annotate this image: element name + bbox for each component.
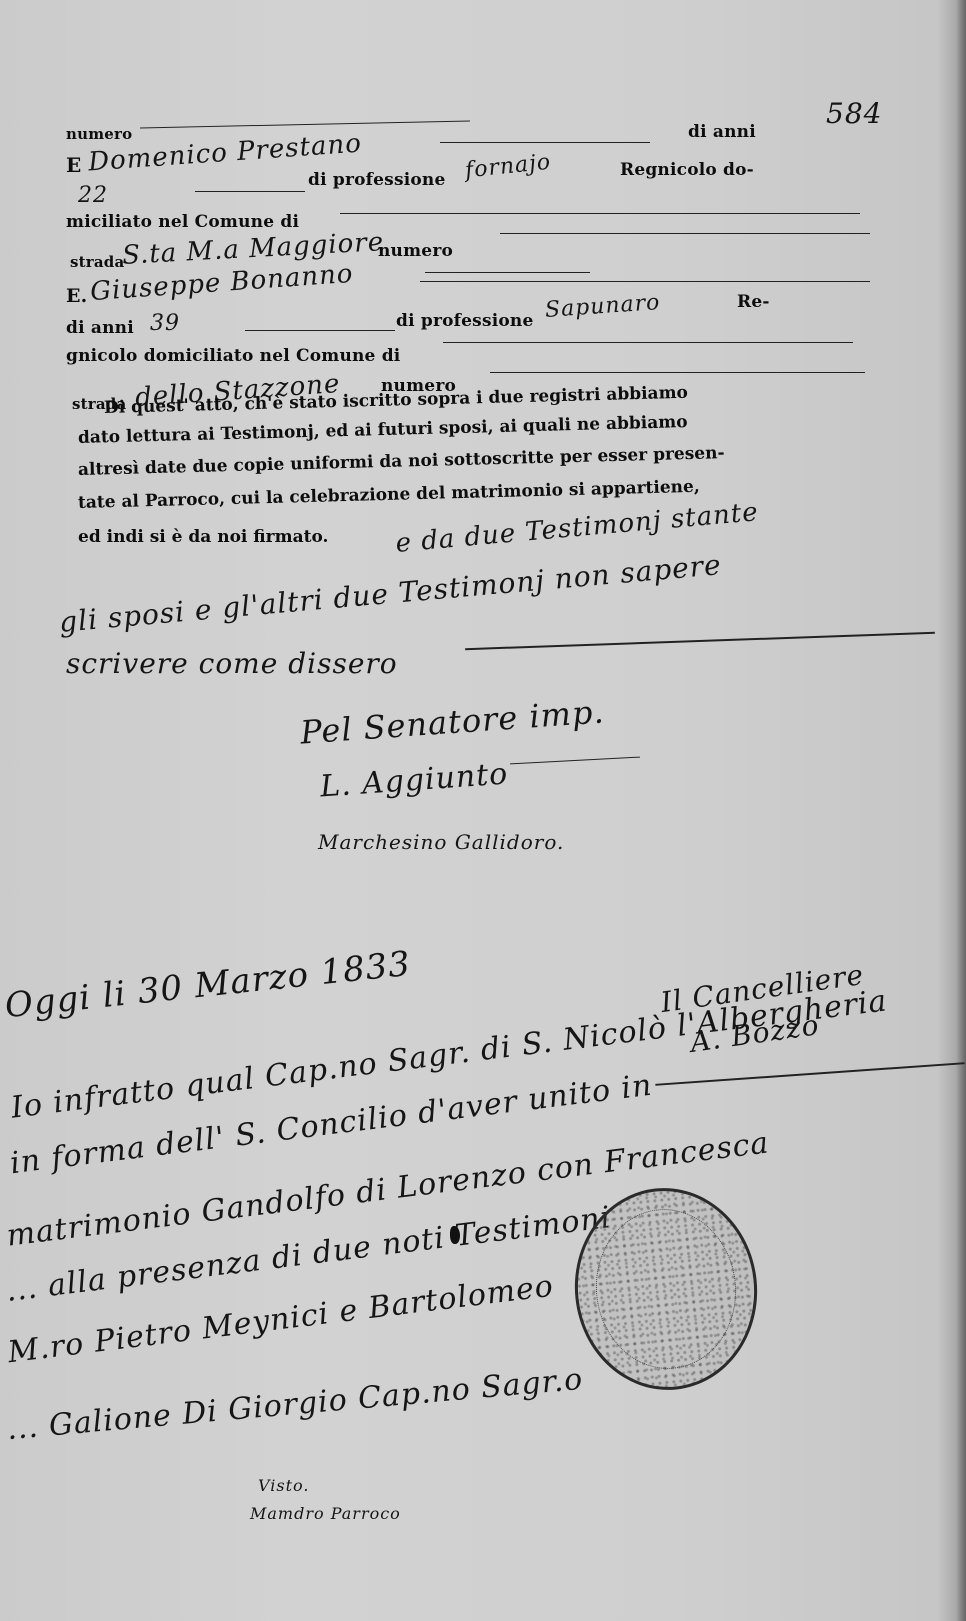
witness1-profession: fornajo [464,152,552,183]
label-di-anni: di anni [688,124,756,141]
annotation-date: Oggi li 30 Marzo 1833 [3,947,412,1023]
page-edge-shadow [956,0,966,1621]
form-rule [195,191,305,192]
form-rule [443,342,853,343]
form-rule [440,142,650,143]
form-rule [420,281,870,282]
form-rule [510,757,640,765]
signature-senatore: Pel Senatore imp. [299,695,605,748]
witness2-age: 39 [150,313,180,335]
form-rule [465,632,935,650]
signature-aggiunto: L. Aggiunto [319,759,509,802]
flourish-line [655,1062,964,1086]
label-domiciliato: miciliato nel Comune di [66,214,299,231]
form-rule [425,272,590,273]
label-re: Re- [737,294,770,311]
signature-gallidoro: Marchesino Gallidoro. [318,832,564,852]
ink-blot [450,1226,460,1244]
form-rule [140,121,470,129]
closing-line-2: dato lettura ai Testimonj, ed ai futuri … [78,412,688,448]
closing-note-3: scrivere come dissero [66,650,398,678]
witness2-profession: Sapunaro [544,292,661,322]
label-gnicolo: gnicolo domiciliato nel Comune di [66,348,400,365]
label-numero-2: numero [378,243,453,260]
label-e-2: E. [66,287,88,306]
closing-note-2: gli sposi e gl'altri due Testimonj non s… [58,551,723,637]
visto-signature: Mamdro Parroco [250,1506,401,1522]
label-e: E [66,155,81,175]
form-rule [490,372,865,373]
seal-inner-ring [588,1202,744,1376]
visto-label: Visto. [258,1478,309,1494]
closing-note-1: e da due Testimonj stante [395,499,760,557]
register-page: 584 numero di anni E Domenico Prestano d… [0,0,966,1621]
label-di-professione: di professione [308,172,446,189]
closing-line-3: altresì date due copie uniformi da noi s… [78,443,725,480]
closing-line-5: ed indi si è da noi firmato. [78,527,328,547]
label-numero: numero [66,127,132,142]
form-rule [245,330,395,331]
label-di-professione-2: di professione [396,313,534,330]
form-rule [340,213,860,214]
closing-line-4: tate al Parroco, cui la celebrazione del… [78,477,700,513]
label-strada: strada [70,255,124,270]
form-rule [500,233,870,234]
label-regnicolo: Regnicolo do- [620,162,754,179]
page-number: 584 [826,100,882,128]
witness1-age: 22 [78,185,108,207]
label-di-anni-2: di anni [66,320,134,337]
annotation-line-7: ... Galione Di Giorgio Cap.no Sagr.o [6,1365,585,1445]
